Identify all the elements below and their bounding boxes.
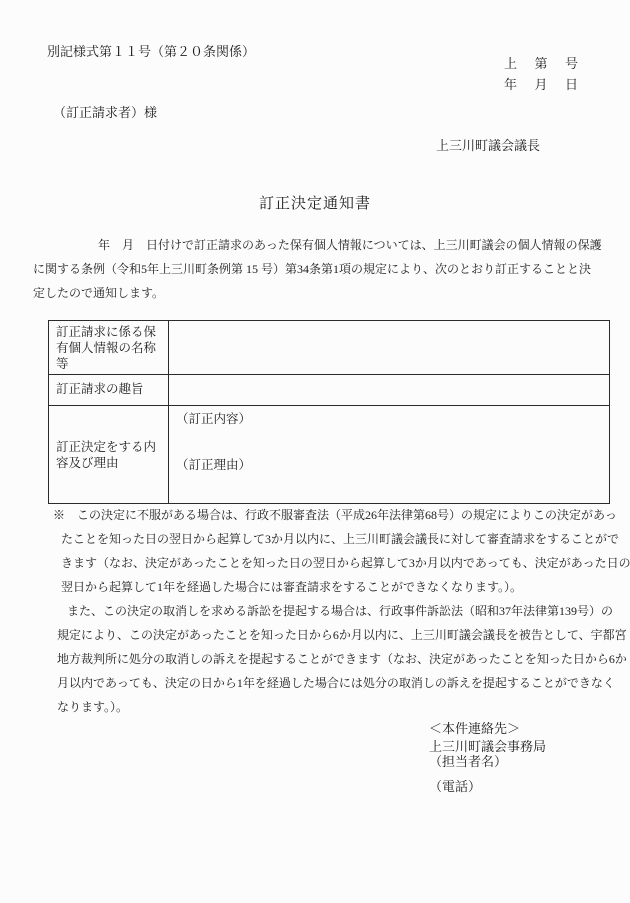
table-row: 訂正請求の趣旨	[49, 375, 610, 406]
table-row: 訂正決定をする内容及び理由 （訂正内容） （訂正理由）	[49, 406, 610, 504]
contact-heading: ＜本件連絡先＞	[429, 721, 520, 736]
form-number: 別記様式第１１号（第２０条関係）	[47, 44, 255, 59]
recipient: （訂正請求者）様	[53, 105, 157, 120]
row-label-decision: 訂正決定をする内容及び理由	[49, 406, 169, 504]
note-line: 翌日から起算して1年を経過した場合には審査請求をすることができなくなります。）。	[61, 580, 522, 595]
doc-number-dai: 第	[534, 56, 547, 71]
doc-number-prefix: 上	[504, 56, 517, 71]
page-title: 訂正決定通知書	[0, 196, 630, 213]
contact-person-label: （担当者名）	[429, 754, 507, 769]
note-line: きます（なお、決定があったことを知った日の翌日から起算して3か月以内であっても、…	[61, 556, 630, 571]
note-line: また、この決定の取消しを求める訴訟を提起する場合は、行政事件訴訟法（昭和37年法…	[67, 604, 613, 619]
sender: 上三川町議会議長	[436, 138, 540, 153]
body-line: に関する条例（令和5年上三川町条例第 15 号）第34条第1項の規定により、次の…	[33, 262, 591, 277]
row-label-purpose: 訂正請求の趣旨	[49, 375, 169, 406]
date-year: 年	[504, 77, 517, 92]
row-value-name	[169, 321, 610, 375]
note-line: たことを知った日の翌日から起算して3か月以内に、上三川町議会議長に対して審査請求…	[61, 532, 619, 547]
table-row: 訂正請求に係る保有個人情報の名称等	[49, 321, 610, 375]
note-line: 地方裁判所に処分の取消しの訴えを提起することができます（なお、決定があったことを…	[57, 652, 627, 667]
row-value-purpose	[169, 375, 610, 406]
body-line: 年 月 日付けで訂正請求のあった保有個人情報については、上三川町議会の個人情報の…	[98, 238, 602, 253]
form-table: 訂正請求に係る保有個人情報の名称等 訂正請求の趣旨 訂正決定をする内容及び理由 …	[48, 320, 610, 504]
row-label-name: 訂正請求に係る保有個人情報の名称等	[49, 321, 169, 375]
row-value-decision: （訂正内容） （訂正理由）	[169, 406, 610, 504]
body-line: 定したので通知します。	[33, 286, 164, 301]
contact-phone-label: （電話）	[429, 779, 481, 794]
note-line: ※ この決定に不服がある場合は、行政不服審査法（平成26年法律第68号）の規定に…	[53, 508, 617, 523]
contact-office: 上三川町議会事務局	[429, 739, 546, 754]
correction-reason-label: （訂正理由）	[176, 457, 607, 473]
note-line: なります。）。	[57, 700, 128, 715]
correction-content-label: （訂正内容）	[176, 411, 607, 427]
doc-number-line: 上 第 号	[504, 56, 578, 71]
date-day: 日	[565, 77, 578, 92]
note-line: 月以内であっても、決定の日から1年を経過した場合には処分の取消しの訴えを提起する…	[57, 676, 615, 691]
date-month: 月	[534, 77, 547, 92]
document-page: 別記様式第１１号（第２０条関係） 上 第 号 年 月 日 （訂正請求者）様 上三…	[0, 0, 630, 903]
note-line: 規定により、この決定があったことを知った日から6か月以内に、上三川町議会議長を被…	[57, 628, 627, 643]
doc-number-go: 号	[565, 56, 578, 71]
date-line: 年 月 日	[504, 77, 578, 92]
